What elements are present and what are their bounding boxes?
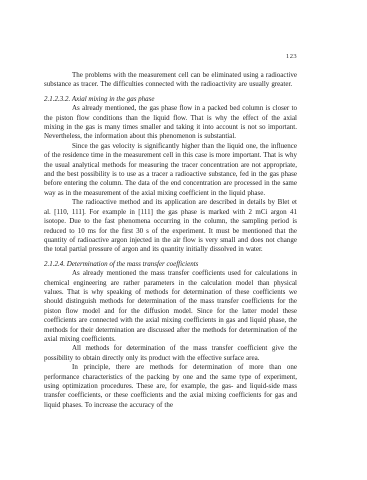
page-content: The problems with the measurement cell c… [44,71,297,410]
paragraph: The radioactive method and its applicati… [44,198,297,254]
paragraph: In principle, there are methods for dete… [44,363,297,410]
paragraph: All methods for determination of the mas… [44,344,297,363]
section-heading: 2.1.2.4. Determination of the mass trans… [44,260,297,269]
paragraph: As already mentioned the mass transfer c… [44,269,297,344]
paragraph: The problems with the measurement cell c… [44,71,297,90]
section-heading: 2.1.2.3.2. Axial mixing in the gas phase [44,95,297,104]
page-number: 123 [44,53,297,61]
paragraph: Since the gas velocity is significantly … [44,142,297,198]
document-page: 123 The problems with the measurement ce… [0,0,367,480]
paragraph: As already mentioned, the gas phase flow… [44,104,297,142]
